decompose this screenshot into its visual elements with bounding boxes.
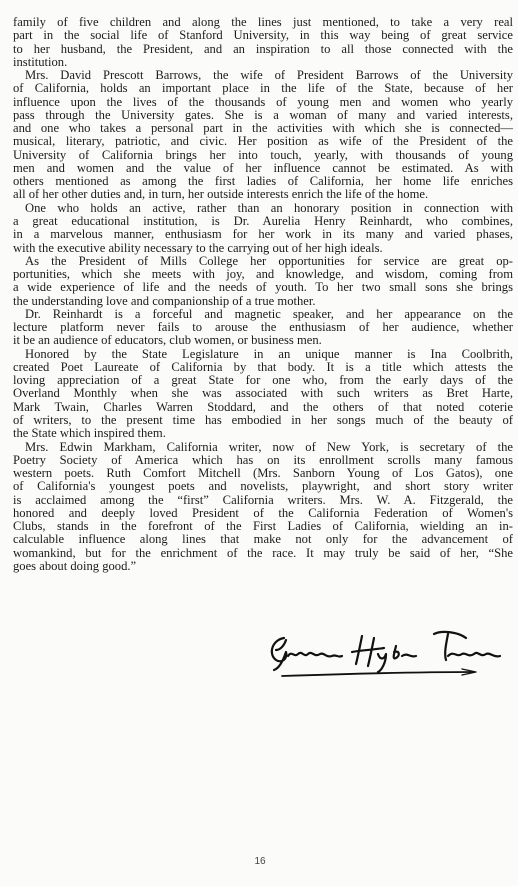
- text-line: of California, holds an important place …: [13, 82, 513, 95]
- text-line: western poets. Ruth Comfort Mitchell (Mr…: [13, 467, 513, 480]
- text-line: all of her other duties and, in turn, he…: [13, 188, 513, 201]
- paragraph: Dr. Reinhardt is a forceful and magnetic…: [13, 308, 513, 348]
- text-line: loving appreciation of a great State for…: [13, 374, 513, 387]
- text-line: One who holds an active, rather than an …: [13, 202, 513, 215]
- text-line: part in the social life of Stanford Univ…: [13, 29, 513, 42]
- signature-icon: [262, 628, 512, 678]
- text-line: Clubs, stands in the forefront of the Fi…: [13, 520, 513, 533]
- text-line: is acclaimed among the “first” Californi…: [13, 494, 513, 507]
- text-line: family of five children and along the li…: [13, 16, 513, 29]
- text-line: University of California brings her into…: [13, 149, 513, 162]
- text-line: created Poet Laureate of California by t…: [13, 361, 513, 374]
- text-line: in a marvelous manner, enthusiasm for he…: [13, 228, 513, 241]
- text-line: pass through the University gates. She i…: [13, 109, 513, 122]
- text-line: As the President of Mills College her op…: [13, 255, 513, 268]
- text-line: the understanding love and companionship…: [13, 295, 513, 308]
- text-line: of writers, to the present time has embo…: [13, 414, 513, 427]
- paragraph: Mrs. David Prescott Barrows, the wife of…: [13, 69, 513, 202]
- text-line: Poetry Society of America which has on i…: [13, 454, 513, 467]
- text-line: institution.: [13, 56, 513, 69]
- body-text: family of five children and along the li…: [13, 16, 513, 573]
- text-line: goes about doing good.”: [13, 560, 513, 573]
- paragraph: As the President of Mills College her op…: [13, 255, 513, 308]
- text-line: with the executive ability necessary to …: [13, 242, 513, 255]
- text-line: a wide experience of life and the needs …: [13, 281, 513, 294]
- text-line: others mentioned as among the first ladi…: [13, 175, 513, 188]
- text-line: Overland Monthly when she was associated…: [13, 387, 513, 400]
- text-line: Honored by the State Legislature in an u…: [13, 348, 513, 361]
- paragraph: family of five children and along the li…: [13, 16, 513, 69]
- text-line: Mrs. Edwin Markham, California writer, n…: [13, 441, 513, 454]
- text-line: it be an audience of educators, club wom…: [13, 334, 513, 347]
- page-number: 16: [250, 856, 270, 867]
- text-line: of California's youngest poets and novel…: [13, 480, 513, 493]
- text-line: men and women and the value of her influ…: [13, 162, 513, 175]
- signature: [262, 628, 512, 678]
- text-line: to her husband, the President, and an in…: [13, 43, 513, 56]
- text-line: musical, literary, patriotic, and civic.…: [13, 135, 513, 148]
- text-line: womankind, but for the enrichment of the…: [13, 547, 513, 560]
- text-line: portunities, which she meets with joy, a…: [13, 268, 513, 281]
- text-line: the State which inspired them.: [13, 427, 513, 440]
- text-line: calculable influence along lines that ma…: [13, 533, 513, 546]
- paragraph: One who holds an active, rather than an …: [13, 202, 513, 255]
- text-line: Mark Twain, Charles Warren Stoddard, and…: [13, 401, 513, 414]
- text-line: and one who takes a personal part in the…: [13, 122, 513, 135]
- text-line: Dr. Reinhardt is a forceful and magnetic…: [13, 308, 513, 321]
- text-line: Mrs. David Prescott Barrows, the wife of…: [13, 69, 513, 82]
- text-line: influence upon the lives of the thousand…: [13, 96, 513, 109]
- text-line: a great educational institution, is Dr. …: [13, 215, 513, 228]
- paragraph: Honored by the State Legislature in an u…: [13, 348, 513, 441]
- paragraph: Mrs. Edwin Markham, California writer, n…: [13, 441, 513, 574]
- text-line: honored and deeply loved President of th…: [13, 507, 513, 520]
- document-page: family of five children and along the li…: [0, 0, 518, 886]
- text-line: lecture platform never fails to arouse t…: [13, 321, 513, 334]
